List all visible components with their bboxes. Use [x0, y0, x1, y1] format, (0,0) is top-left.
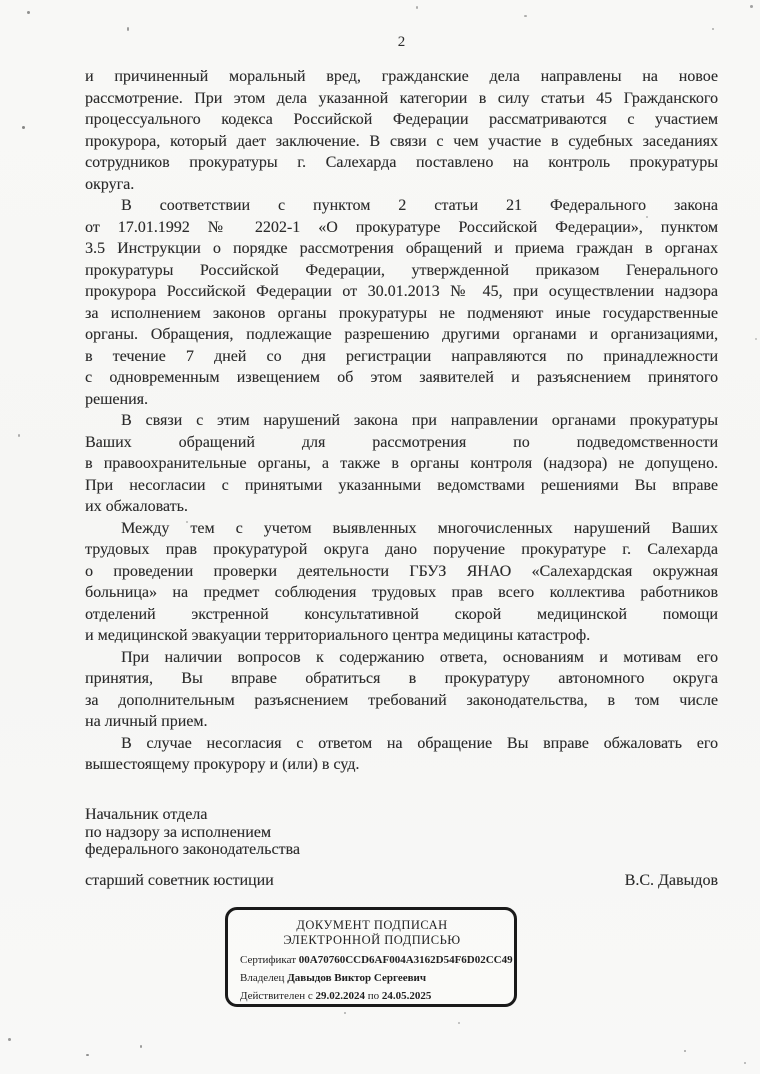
text-line: отделений экстренной консультативной ско… [85, 604, 718, 626]
scan-artifact [684, 1050, 686, 1052]
esignature-stamp: ДОКУМЕНТ ПОДПИСАН ЭЛЕКТРОННОЙ ПОДПИСЬЮ С… [225, 907, 517, 1007]
scan-artifact [186, 521, 188, 523]
scan-artifact [755, 338, 757, 340]
certificate-line: Сертификат 00A70760CCD6AF004A3162D54F6D0… [240, 954, 504, 966]
text-line: за исполнением законов органы прокуратур… [85, 303, 718, 325]
certificate-value: 00A70760CCD6AF004A3162D54F6D02CC49 [299, 954, 513, 966]
certificate-label: Сертификат [240, 954, 296, 966]
text-line: 3.5 Инструкции о порядке рассмотрения об… [85, 238, 718, 260]
text-line: в правоохранительные органы, а также в о… [85, 453, 718, 475]
scan-artifact [524, 15, 527, 17]
text-line: с одновременным извещением об этом заяви… [85, 367, 718, 389]
paragraph-1: и причиненный моральный вред, граждански… [85, 66, 718, 195]
scan-artifact [27, 11, 30, 14]
text-line: от 17.01.1992 № 2202-1 «О прокуратуре Ро… [85, 217, 718, 239]
text-line: рассмотрение. При этом дела указанной ка… [85, 88, 718, 110]
scan-artifact [750, 5, 753, 8]
text-line: процессуального кодекса Российской Федер… [85, 109, 718, 131]
validity-line: Действителен с 29.02.2024 по 24.05.2025 [240, 990, 504, 1002]
text-line: При несогласии с принятыми указанными ве… [85, 475, 718, 497]
signer-name: В.С. Давыдов [625, 872, 718, 890]
scan-artifact [744, 1062, 746, 1064]
text-line: Ваших обращений для рассмотрения по подв… [85, 432, 718, 454]
text-line: о проведении проверки деятельности ГБУЗ … [85, 561, 718, 583]
stamp-title-line: ДОКУМЕНТ ПОДПИСАН [240, 918, 504, 933]
text-line: на личный прием. [85, 711, 718, 733]
owner-value: Давыдов Виктор Сергеевич [287, 972, 426, 984]
scan-artifact [22, 126, 25, 129]
text-line: прокурора Российской Федерации от 30.01.… [85, 281, 718, 303]
scan-artifact [416, 6, 418, 9]
paragraph-5: При наличии вопросов к содержанию ответа… [85, 647, 718, 733]
validity-to-date: 24.05.2025 [382, 990, 432, 1002]
text-line: и причиненный моральный вред, граждански… [85, 66, 718, 88]
signature-block: Начальник отдела по надзору за исполнени… [85, 806, 718, 889]
text-line: вышестоящему прокурору и (или) в суд. [85, 754, 718, 776]
text-line: Между тем с учетом выявленных многочисле… [85, 518, 718, 540]
paragraph-3: В связи с этим нарушений закона при напр… [85, 410, 718, 518]
signer-position-line: по надзору за исполнением [85, 824, 718, 842]
scanned-letter-page: 2 и причиненный моральный вред, гражданс… [0, 0, 760, 1074]
text-line: за дополнительным разъяснением требовани… [85, 690, 718, 712]
text-line: прокурора, который дает заключение. В св… [85, 131, 718, 153]
scan-artifact [458, 1022, 460, 1024]
scan-artifact [86, 1054, 89, 1056]
signer-rank: старший советник юстиции [85, 872, 274, 890]
text-line: больница» на предмет соблюдения трудовых… [85, 582, 718, 604]
text-line: в течение 7 дней со дня регистрации напр… [85, 346, 718, 368]
text-line: При наличии вопросов к содержанию ответа… [85, 647, 718, 669]
validity-label: Действителен с [240, 990, 313, 1002]
scan-artifact [140, 1045, 142, 1048]
text-line: В связи с этим нарушений закона при напр… [85, 410, 718, 432]
stamp-title: ДОКУМЕНТ ПОДПИСАН ЭЛЕКТРОННОЙ ПОДПИСЬЮ [240, 918, 504, 948]
scan-artifact [8, 1038, 11, 1041]
scan-artifact [646, 216, 648, 218]
paragraph-4: Между тем с учетом выявленных многочисле… [85, 518, 718, 647]
text-line: сотрудников прокуратуры г. Салехарда пос… [85, 152, 718, 174]
stamp-title-line: ЭЛЕКТРОННОЙ ПОДПИСЬЮ [240, 933, 504, 948]
paragraph-2: В соответствии с пунктом 2 статьи 21 Фед… [85, 195, 718, 410]
paragraph-6: В случае несогласия с ответом на обращен… [85, 733, 718, 776]
text-line: органы. Обращения, подлежащие разрешению… [85, 324, 718, 346]
text-line: и медицинской эвакуации территориального… [85, 625, 718, 647]
scan-artifact [18, 434, 20, 437]
validity-from-date: 29.02.2024 [316, 990, 366, 1002]
page-number: 2 [85, 34, 718, 51]
signer-position-line: федерального законодательства [85, 841, 718, 859]
letter-body: и причиненный моральный вред, граждански… [85, 66, 718, 776]
text-line: принятия, Вы вправе обратиться в прокура… [85, 668, 718, 690]
text-line: прокуратуры Российской Федерации, утверж… [85, 260, 718, 282]
validity-to-label: по [368, 990, 379, 1002]
scan-artifact [344, 1012, 346, 1014]
owner-line: Владелец Давыдов Виктор Сергеевич [240, 972, 504, 984]
text-line: решения. [85, 389, 718, 411]
scan-artifact [712, 28, 714, 30]
owner-label: Владелец [240, 972, 284, 984]
text-line: В соответствии с пунктом 2 статьи 21 Фед… [85, 195, 718, 217]
scan-artifact [127, 27, 129, 31]
text-line: их обжаловать. [85, 496, 718, 518]
text-line: В случае несогласия с ответом на обращен… [85, 733, 718, 755]
text-line: трудовых прав прокуратурой округа дано п… [85, 539, 718, 561]
text-line: округа. [85, 174, 718, 196]
signer-position-line: Начальник отдела [85, 806, 718, 824]
